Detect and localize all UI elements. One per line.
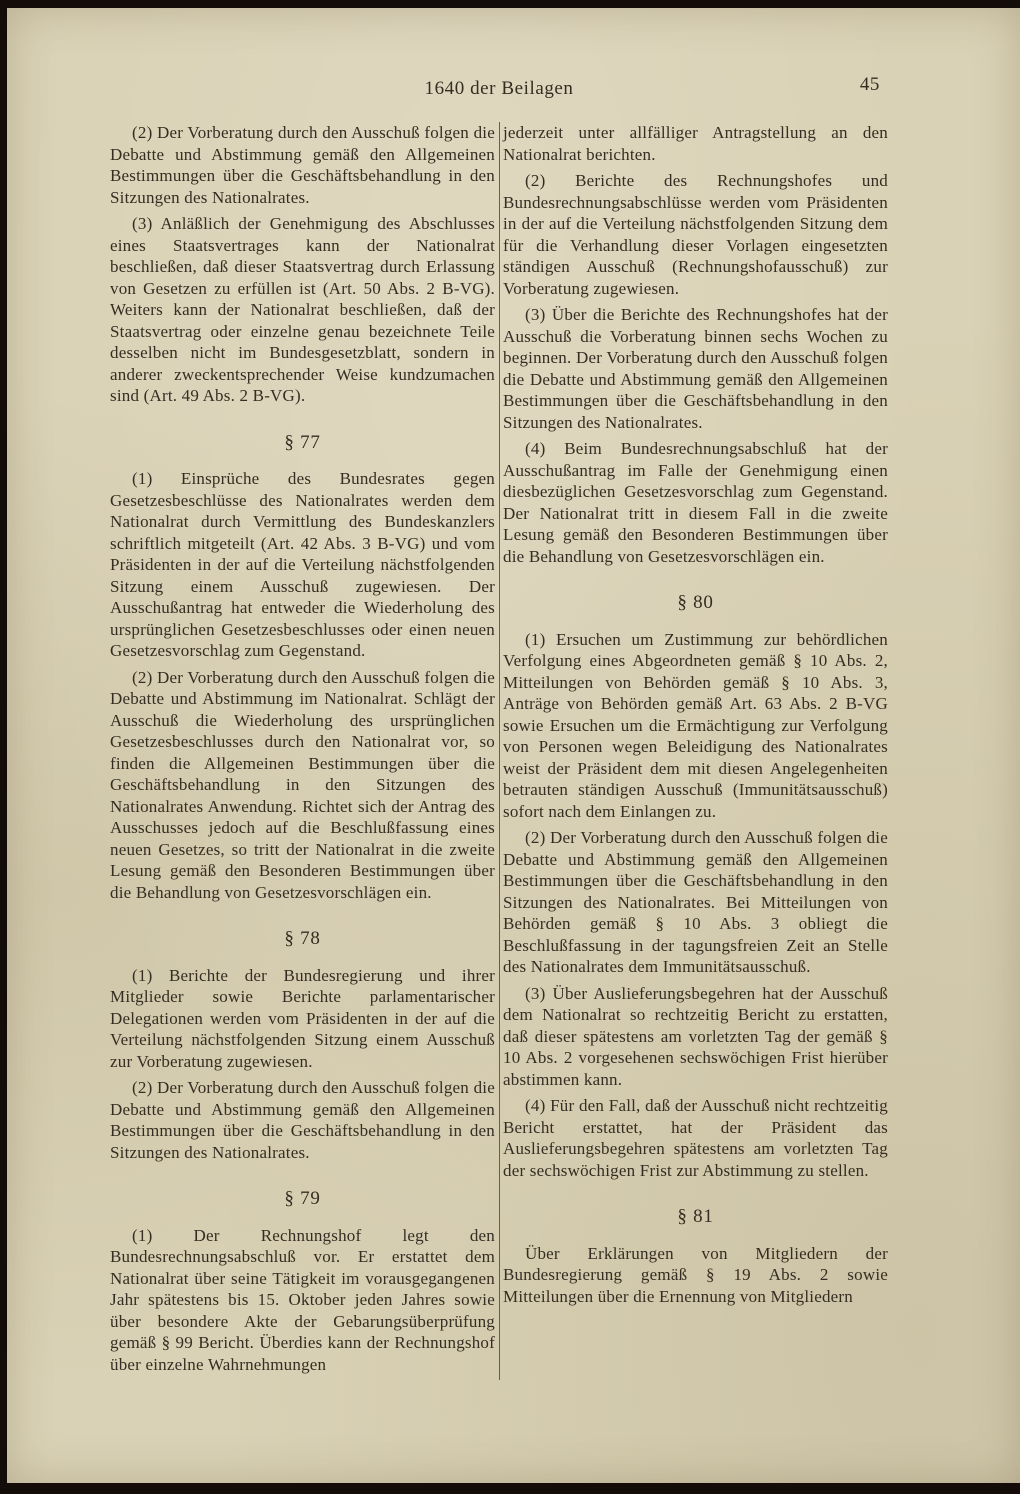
- paragraph: (4) Beim Bundesrechnungsabschluß hat der…: [503, 438, 888, 567]
- paragraph: (2) Der Vorberatung durch den Ausschuß f…: [110, 667, 495, 904]
- scanned-page: 1640 der Beilagen 45 (2) Der Vorberatung…: [0, 0, 1020, 1494]
- paragraph: (2) Der Vorberatung durch den Ausschuß f…: [110, 122, 495, 208]
- paragraph: (2) Der Vorberatung durch den Ausschuß f…: [503, 827, 888, 978]
- paragraph: (3) Über Auslieferungsbegehren hat der A…: [503, 983, 888, 1091]
- paragraph: (3) Über die Berichte des Rechnungshofes…: [503, 304, 888, 433]
- paragraph: (4) Für den Fall, daß der Ausschuß nicht…: [503, 1095, 888, 1181]
- right-column: jederzeit unter allfälliger Antragstellu…: [503, 122, 888, 1380]
- paragraph: (1) Der Rechnungshof legt den Bundesrech…: [110, 1225, 495, 1376]
- two-column-layout: (2) Der Vorberatung durch den Ausschuß f…: [110, 122, 888, 1380]
- paragraph-continuation: jederzeit unter allfälliger Antragstellu…: [503, 122, 888, 165]
- paper-surface: 1640 der Beilagen 45 (2) Der Vorberatung…: [7, 8, 1020, 1483]
- paragraph: Über Erklärungen von Mitgliedern der Bun…: [503, 1243, 888, 1308]
- section-heading-79: § 79: [110, 1188, 495, 1210]
- page-number: 45: [860, 74, 880, 96]
- document-title: 1640 der Beilagen: [110, 78, 888, 100]
- paragraph: (2) Der Vorberatung durch den Ausschuß f…: [110, 1077, 495, 1163]
- paragraph: (1) Ersuchen um Zustimmung zur behördlic…: [503, 629, 888, 823]
- section-heading-81: § 81: [503, 1206, 888, 1228]
- section-heading-78: § 78: [110, 928, 495, 950]
- section-heading-80: § 80: [503, 592, 888, 614]
- paragraph: (3) Anläßlich der Genehmigung des Abschl…: [110, 213, 495, 407]
- paragraph: (1) Berichte der Bundesregierung und ihr…: [110, 965, 495, 1073]
- left-column: (2) Der Vorberatung durch den Ausschuß f…: [110, 122, 495, 1380]
- column-divider-rule: [499, 122, 500, 1380]
- paragraph: (2) Berichte des Rechnungshofes und Bund…: [503, 170, 888, 299]
- page-header: 1640 der Beilagen 45: [110, 78, 888, 102]
- paragraph: (1) Einsprüche des Bundesrates gegen Ges…: [110, 468, 495, 662]
- section-heading-77: § 77: [110, 432, 495, 454]
- text-block: 1640 der Beilagen 45 (2) Der Vorberatung…: [110, 78, 888, 1380]
